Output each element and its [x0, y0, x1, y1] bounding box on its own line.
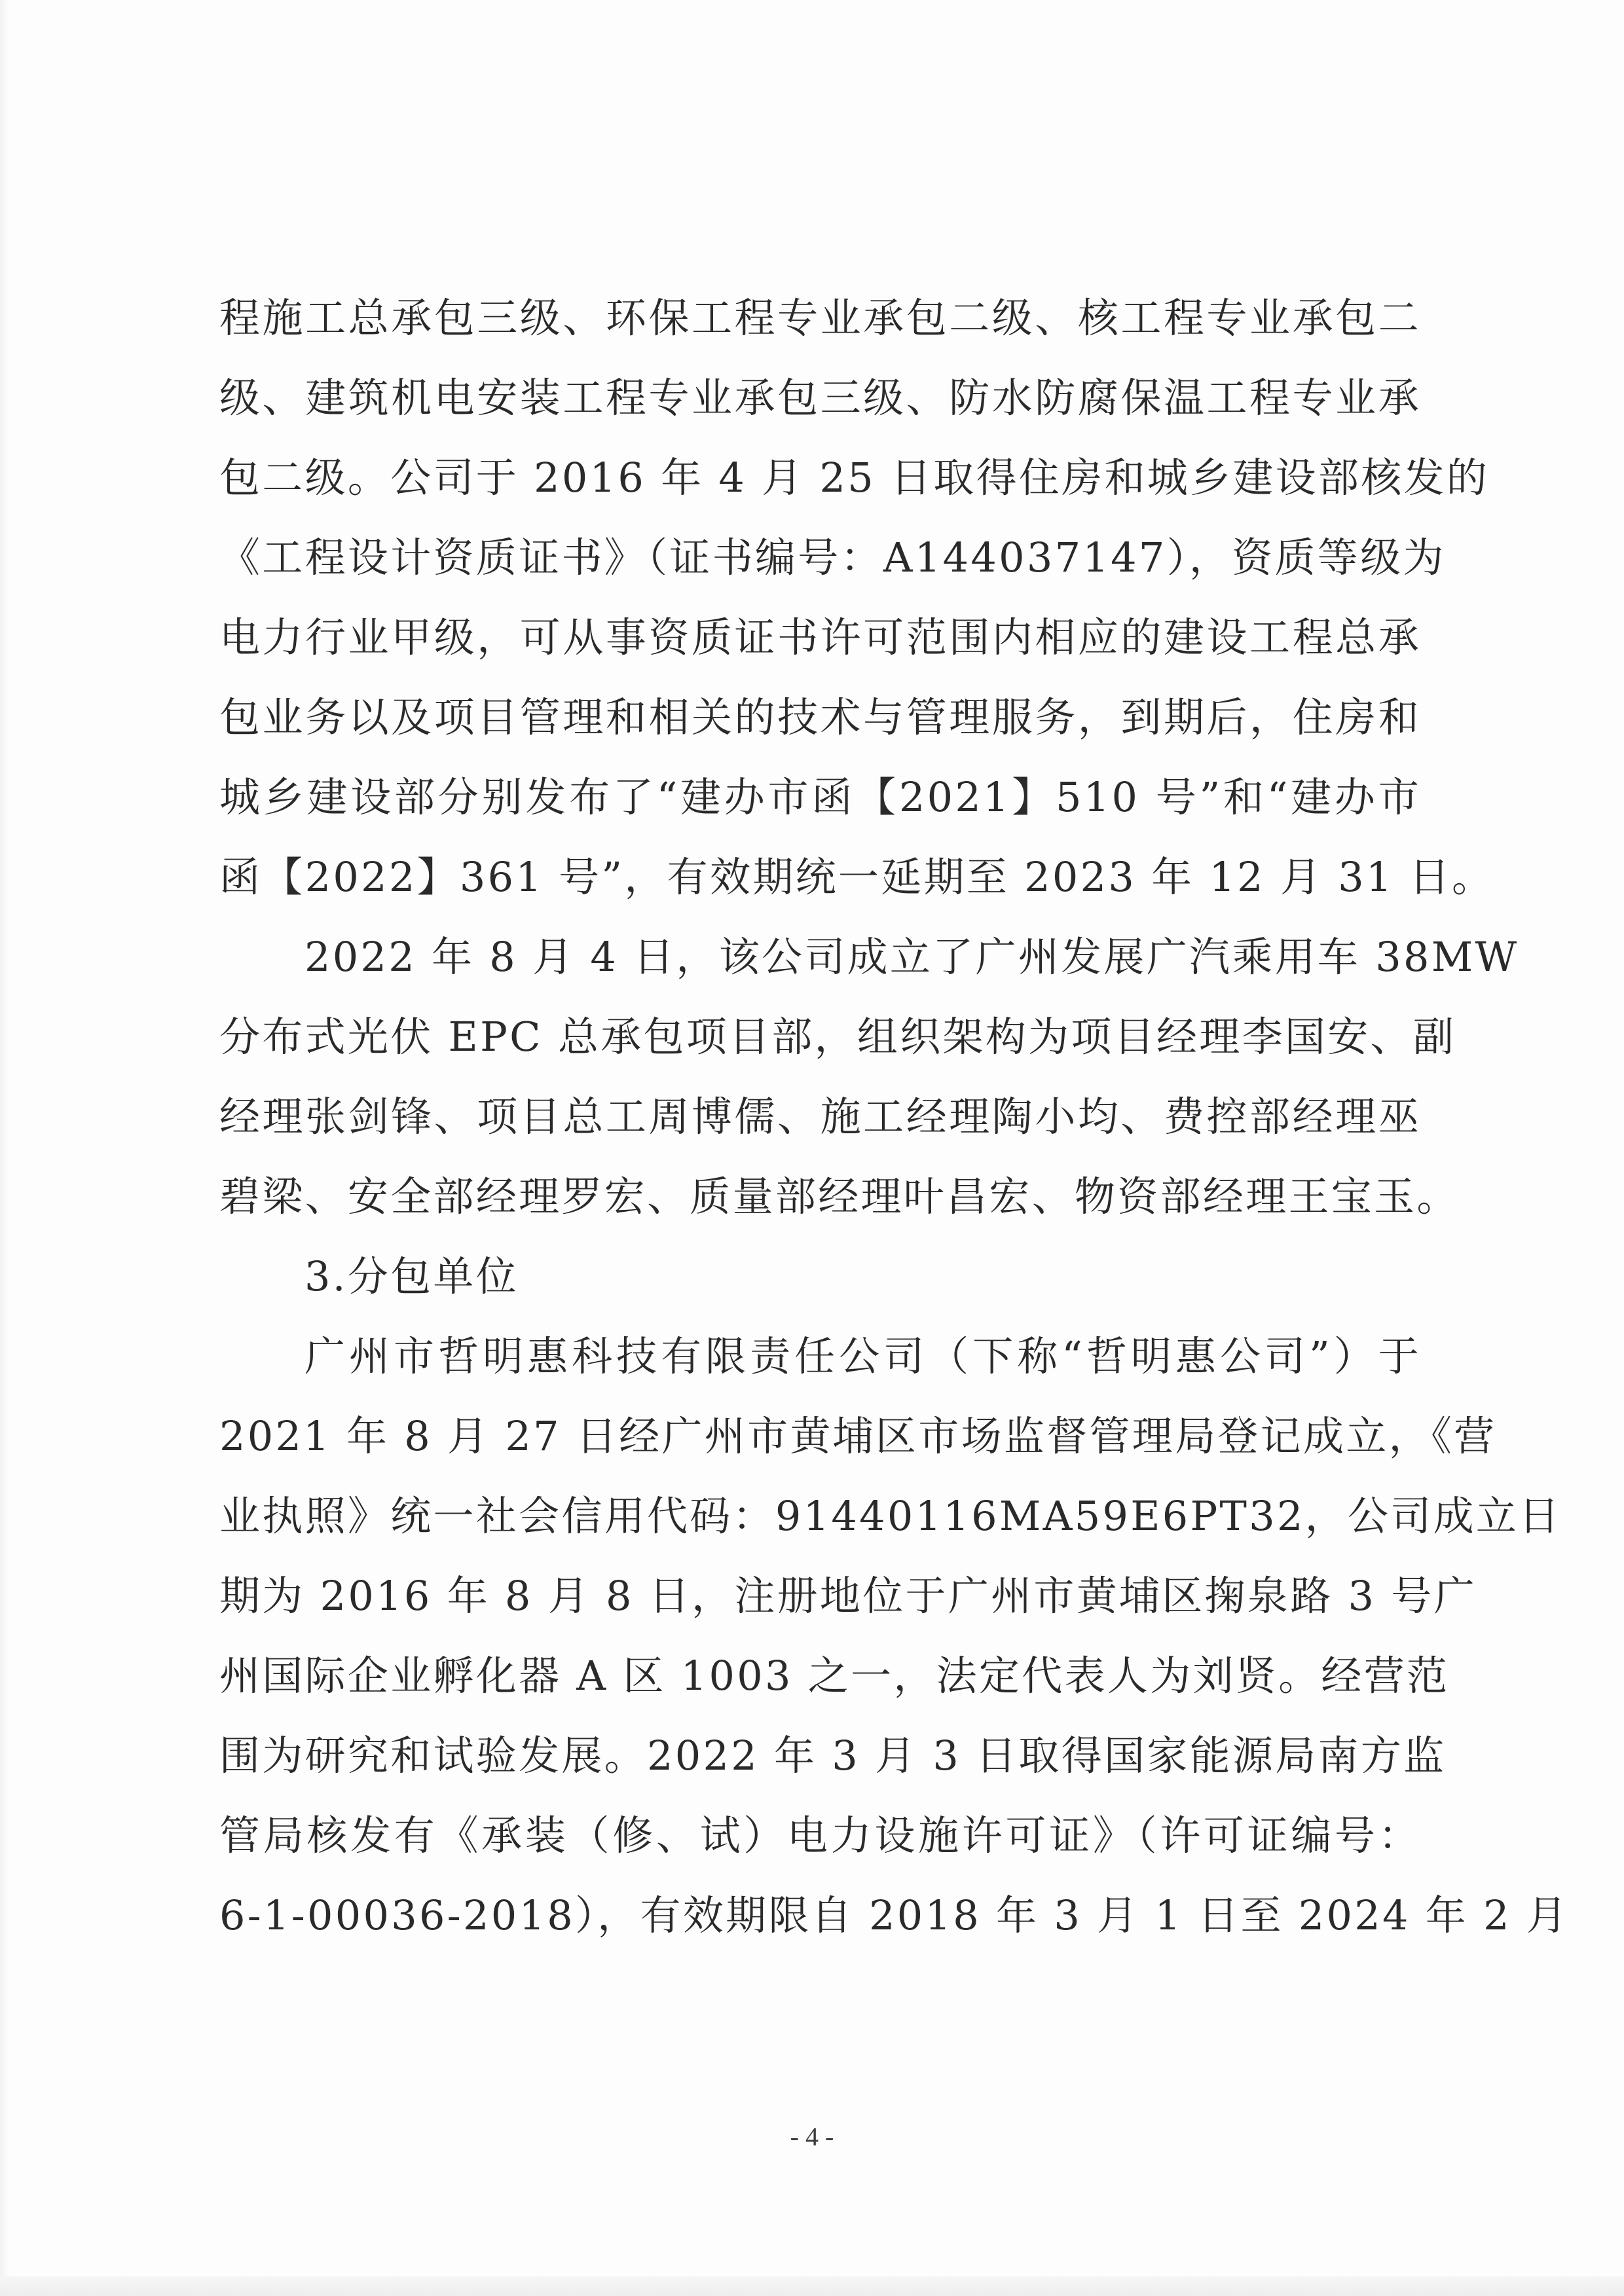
- section-heading-subcontractor: 3.分包单位: [219, 1237, 1421, 1317]
- text-line-5: 电力行业甲级，可从事资质证书许可范围内相应的建设工程总承: [219, 598, 1421, 678]
- text-line-16: 业执照》统一社会信用代码：91440116MA59E6PT32，公司成立日: [219, 1476, 1421, 1556]
- body-text: 程施工总承包三级、环保工程专业承包二级、核工程专业承包二 级、建筑机电安装工程专…: [219, 278, 1421, 1956]
- paragraph-subcontractor: 广州市哲明惠科技有限责任公司（下称“哲明惠公司”）于: [219, 1317, 1421, 1396]
- text-line-17: 期为 2016 年 8 月 8 日，注册地位于广州市黄埔区掬泉路 3 号广: [219, 1556, 1421, 1636]
- scan-shadow-left: [0, 0, 9, 2296]
- text-line-1: 程施工总承包三级、环保工程专业承包二级、核工程专业承包二: [219, 278, 1421, 358]
- text-line-19: 围为研究和试验发展。2022 年 3 月 3 日取得国家能源局南方监: [219, 1716, 1421, 1796]
- text-line-11: 经理张剑锋、项目总工周博儒、施工经理陶小均、费控部经理巫: [219, 1077, 1421, 1157]
- text-line-15: 2021 年 8 月 27 日经广州市黄埔区市场监督管理局登记成立，《营: [219, 1396, 1421, 1476]
- text-line-7: 城乡建设部分别发布了“建办市函【2021】510 号”和“建办市: [219, 757, 1421, 837]
- text-line-18: 州国际企业孵化器 A 区 1003 之一，法定代表人为刘贤。经营范: [219, 1636, 1421, 1716]
- text-line-21: 6-1-00036-2018），有效期限自 2018 年 3 月 1 日至 20…: [219, 1876, 1421, 1956]
- text-line-6: 包业务以及项目管理和相关的技术与管理服务，到期后，住房和: [219, 678, 1421, 757]
- document-page: 程施工总承包三级、环保工程专业承包二级、核工程专业承包二 级、建筑机电安装工程专…: [0, 0, 1624, 2296]
- text-line-10: 分布式光伏 EPC 总承包项目部，组织架构为项目经理李国安、副: [219, 997, 1421, 1077]
- text-line-20: 管局核发有《承装（修、试）电力设施许可证》（许可证编号：: [219, 1796, 1421, 1876]
- text-line-12: 碧梁、安全部经理罗宏、质量部经理叶昌宏、物资部经理王宝玉。: [219, 1157, 1421, 1237]
- paragraph-project-department: 2022 年 8 月 4 日，该公司成立了广州发展广汽乘用车 38MW: [219, 917, 1421, 997]
- page-number: - 4 -: [0, 2121, 1624, 2152]
- text-line-8: 函【2022】361 号”，有效期统一延期至 2023 年 12 月 31 日。: [219, 837, 1421, 917]
- text-line-4: 《工程设计资质证书》（证书编号：A144037147），资质等级为: [219, 518, 1421, 598]
- text-line-3: 包二级。公司于 2016 年 4 月 25 日取得住房和城乡建设部核发的: [219, 438, 1421, 518]
- text-line-2: 级、建筑机电安装工程专业承包三级、防水防腐保温工程专业承: [219, 358, 1421, 438]
- scan-shadow-bottom: [0, 2276, 1624, 2296]
